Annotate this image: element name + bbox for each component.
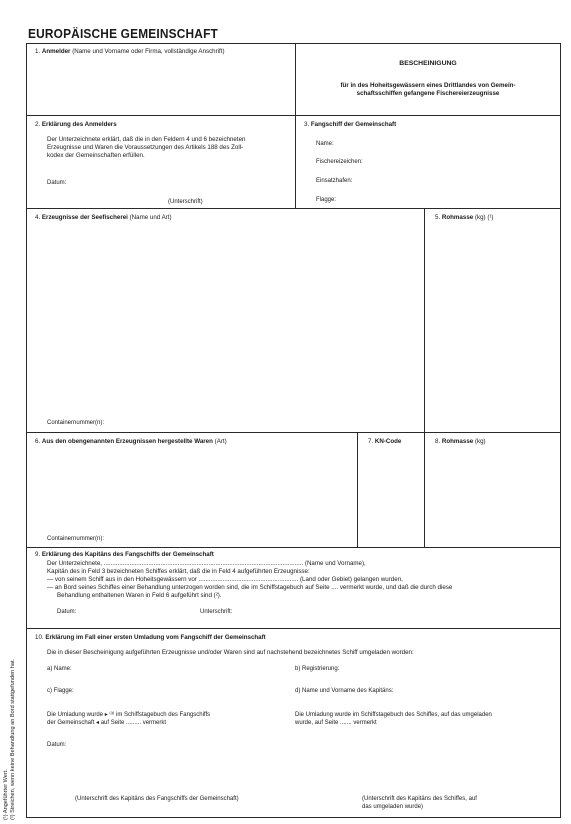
field-10-transhipment-declaration[interactable]: 10. Erklärung im Fall einer ersten Umlad… xyxy=(26,628,561,818)
field-7-heading: 7. KN-Code xyxy=(368,438,401,446)
field-6-heading: 6. Aus den obengenannten Erzeugnissen he… xyxy=(35,438,227,446)
field-3-flag-label: Flagge: xyxy=(316,196,336,204)
document-title: EUROPÄISCHE GEMEINSCHAFT xyxy=(28,27,218,41)
certificate-header: BESCHEINIGUNG für in des Hoheitsgewässer… xyxy=(295,43,561,116)
field-10-left-text-2: der Gemeinschaft ◂ auf Seite ......... v… xyxy=(47,719,166,727)
field-8-gross-weight[interactable]: 8. Rohmasse (kg) xyxy=(424,432,561,548)
field-10-heading: 10. Erklärung im Fall einer ersten Umlad… xyxy=(35,634,266,642)
field-2-date-label: Datum: xyxy=(47,179,66,187)
field-3-heading: 3. Fangschiff der Gemeinschaft xyxy=(304,121,396,129)
field-4-heading: 4. Erzeugnisse der Seefischerei (Name un… xyxy=(35,214,172,222)
field-9-master-declaration[interactable]: 9. Erklärung des Kapitäns des Fangschiff… xyxy=(26,547,561,629)
field-3-home-port-label: Einsatzhafen: xyxy=(316,177,352,185)
field-10-signature-right-1: (Unterschrift des Kapitäns des Schiffes,… xyxy=(362,795,477,803)
field-4-sea-fishery-products[interactable]: 4. Erzeugnisse der Seefischerei (Name un… xyxy=(26,208,425,433)
field-2-text-1: Der Unterzeichnete erklärt, daß die in d… xyxy=(47,136,245,144)
field-9-line-5: Behandlung enthaltenen Waren in Feld 6 a… xyxy=(57,592,222,600)
footnote-2: (²) Streichen, wenn keine Behandlung an … xyxy=(10,659,17,820)
field-2-applicant-declaration[interactable]: 2. Erklärung des Anmelders Der Unterzeic… xyxy=(26,115,296,209)
field-2-signature-label: (Unterschrift) xyxy=(168,198,203,206)
field-7-cn-code[interactable]: 7. KN-Code xyxy=(357,432,425,548)
field-9-line-1: Der Unterzeichnete, ....................… xyxy=(47,560,366,568)
field-9-line-2: Kapitän des in Feld 3 bezeichneten Schif… xyxy=(47,568,310,576)
field-10-c-flag-label: c) Flagge: xyxy=(47,687,74,695)
certificate-heading: BESCHEINIGUNG xyxy=(296,60,560,68)
field-9-signature-label: Unterschrift: xyxy=(200,608,232,616)
field-5-heading: 5. Rohmasse (kg) (¹) xyxy=(435,214,494,222)
footnotes: (¹) Angeführter Wert. (²) Streichen, wen… xyxy=(3,659,17,820)
field-10-right-text-1: Die Umladung wurde im Schiffstagebuch de… xyxy=(295,711,492,719)
field-10-signature-left: (Unterschrift des Kapitäns des Fangschif… xyxy=(75,795,239,803)
field-10-signature-right-2: das umgeladen wurde) xyxy=(362,803,423,811)
field-10-left-text-1: Die Umladung wurde ▸ ⁽³⁾ im Schiffstageb… xyxy=(47,711,210,719)
field-9-date-label: Datum: xyxy=(57,608,76,616)
field-10-d-master-name-label: d) Name und Vorname des Kapitäns: xyxy=(295,687,393,695)
field-10-b-registration-label: b) Registrierung: xyxy=(295,665,339,673)
field-5-gross-weight[interactable]: 5. Rohmasse (kg) (¹) xyxy=(424,208,561,433)
field-10-a-name-label: a) Name: xyxy=(47,665,72,673)
field-6-manufactured-goods[interactable]: 6. Aus den obengenannten Erzeugnissen he… xyxy=(26,432,358,548)
field-10-date-label: Datum: xyxy=(47,741,66,749)
field-9-line-3: — von seinem Schiff aus in den Hoheitsge… xyxy=(47,576,403,584)
field-1-applicant[interactable]: 1. Anmelder (Name und Vorname oder Firma… xyxy=(26,43,296,116)
field-9-heading: 9. Erklärung des Kapitäns des Fangschiff… xyxy=(35,551,214,559)
field-10-intro: Die in dieser Bescheinigung aufgeführten… xyxy=(47,649,414,657)
field-3-name-label: Name: xyxy=(316,140,334,148)
field-10-right-text-2: wurde, auf Seite ....... vermerkt xyxy=(295,719,377,727)
field-2-text-3: kodex der Gemeinschaften erfüllen. xyxy=(47,152,145,160)
certificate-subtitle-1: für in des Hoheitsgewässern eines Drittl… xyxy=(296,82,560,90)
field-1-heading: 1. Anmelder (Name und Vorname oder Firma… xyxy=(35,48,225,56)
certificate-subtitle-2: schaftsschiffen gefangene Fischereierzeu… xyxy=(296,90,560,98)
footnote-1: (¹) Angeführter Wert. xyxy=(3,659,10,820)
field-8-heading: 8. Rohmasse (kg) xyxy=(435,438,486,446)
field-2-text-2: Erzeugnisse und Waren die Voraussetzunge… xyxy=(47,144,243,152)
field-6-container-label: Containernummer(n): xyxy=(47,535,104,543)
field-9-line-4: — an Bord seines Schiffes einer Behandlu… xyxy=(47,584,452,592)
field-2-heading: 2. Erklärung des Anmelders xyxy=(35,121,117,129)
field-3-fishing-vessel[interactable]: 3. Fangschiff der Gemeinschaft Name: Fis… xyxy=(295,115,561,209)
field-4-container-label: Containernummer(n): xyxy=(47,419,104,427)
field-3-fishery-mark-label: Fischereizeichen: xyxy=(316,158,363,166)
